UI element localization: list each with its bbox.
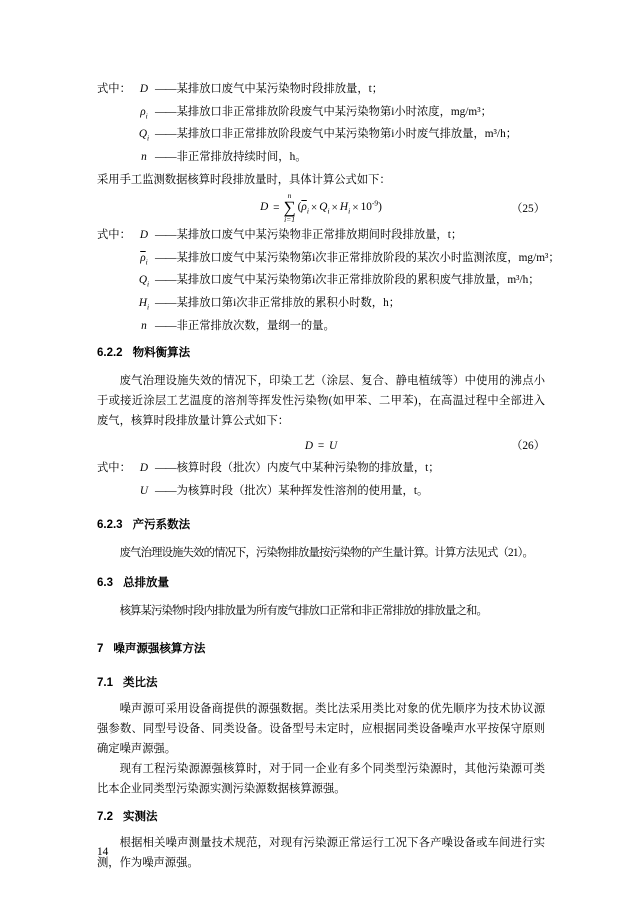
definition-dash: —— [155,459,176,478]
formula-26: D = U （26） [97,435,545,457]
summation-symbol: n∑i=1 [283,192,295,223]
variable-description: 某排放口废气中某污染物时段排放量，t； [177,80,545,99]
variable-description: 某排放口非正常排放阶段废气中某污染物第i小时废气排放量，m³/h； [177,125,545,144]
body-paragraph: 采用手工监测数据核算时段排放量时，具体计算公式如下： [97,171,545,190]
definition-row: n —— 非正常排放次数，量纲一的量。 [97,317,545,340]
page-content: 式中： D —— 某排放口废气中某污染物时段排放量，t； ρi —— 某排放口非… [97,80,545,873]
formula-number: （25） [511,200,545,216]
definition-row: Qi —— 某排放口废气中某污染物第i次非正常排放阶段的累积废气排放量，m³/h… [97,271,545,294]
variable-symbol: D [133,226,155,249]
section-heading-71: 7.1类比法 [97,675,545,691]
variable-symbol: n [133,317,155,340]
section-heading-622: 6.2.2物料衡算法 [97,345,545,361]
definition-row: 式中： D —— 某排放口废气中某污染物时段排放量，t； [97,80,545,103]
where-label: 式中： [97,459,133,478]
variable-symbol: ρi [133,103,155,126]
definition-dash: —— [155,271,176,290]
definition-dash: —— [155,125,176,144]
formula-number: （26） [511,435,545,457]
formula-25: D =n∑i=1(ρi×Qi×Hi×10-9) （25） [97,190,545,226]
definition-row: ρi —— 某排放口废气中某污染物第i次非正常排放阶段的某次小时监测浓度，mg/… [97,249,545,272]
variable-description: 某排放口废气中某污染物第i次非正常排放阶段的累积废气排放量，m³/h； [177,271,545,290]
where-block-c: 式中： D —— 核算时段（批次）内废气中某种污染物的排放量，t； U —— 为… [97,459,545,504]
definition-row: U —— 为核算时段（批次）某种挥发性溶剂的使用量，t。 [97,482,545,505]
variable-description: 非正常排放次数，量纲一的量。 [177,317,545,336]
variable-description: 非正常排放持续时间，h。 [177,148,545,167]
definition-row: 式中： D —— 某排放口废气中某污染物非正常排放期间时段排放量，t； [97,226,545,249]
definition-dash: —— [155,80,176,99]
section-heading-7: 7噪声源强核算方法 [97,641,545,657]
section-heading-623: 6.2.3产污系数法 [97,517,545,533]
body-paragraph: 噪声源可采用设备商提供的源强数据。类比法采用类比对象的优先顺序为技术协议源强参数… [97,699,545,759]
definition-dash: —— [155,249,176,268]
definition-row: 式中： D —— 核算时段（批次）内废气中某种污染物的排放量，t； [97,459,545,482]
variable-description: 某排放口第i次非正常排放的累积小时数，h； [177,294,545,313]
body-paragraph: 废气治理设施失效的情况下，印染工艺（涂层、复合、静电植绒等）中使用的沸点小于或接… [97,371,545,431]
definition-row: ρi —— 某排放口非正常排放阶段废气中某污染物第i小时浓度，mg/m³； [97,103,545,126]
variable-description: 某排放口废气中某污染物第i次非正常排放阶段的某次小时监测浓度，mg/m³； [177,249,560,268]
section-heading-72: 7.2实测法 [97,809,545,825]
body-paragraph: 核算某污染物时段内排放量为所有废气排放口正常和非正常排放的排放量之和。 [97,601,545,621]
variable-description: 核算时段（批次）内废气中某种污染物的排放量，t； [177,459,545,478]
definition-row: n —— 非正常排放持续时间，h。 [97,148,545,171]
variable-description: 某排放口废气中某污染物非正常排放期间时段排放量，t； [177,226,545,245]
variable-symbol: D [133,80,155,103]
equation: D =n∑i=1(ρi×Qi×Hi×10-9) [260,192,382,223]
variable-symbol: Hi [133,294,155,317]
variable-description: 为核算时段（批次）某种挥发性溶剂的使用量，t。 [177,482,545,501]
variable-symbol: ρi [133,249,155,272]
where-label: 式中： [97,226,133,245]
variable-symbol: Qi [133,271,155,294]
page-number: 14 [97,846,108,858]
document-page: 式中： D —— 某排放口废气中某污染物时段排放量，t； ρi —— 某排放口非… [0,0,640,905]
variable-symbol: n [133,148,155,171]
where-label: 式中： [97,80,133,99]
variable-description: 某排放口非正常排放阶段废气中某污染物第i小时浓度，mg/m³； [177,103,545,122]
section-heading-63: 6.3总排放量 [97,575,545,591]
variable-symbol: D [133,459,155,482]
definition-row: Qi —— 某排放口非正常排放阶段废气中某污染物第i小时废气排放量，m³/h； [97,125,545,148]
variable-symbol: U [133,482,155,505]
equation: D = U [305,440,337,452]
definition-dash: —— [155,148,176,167]
where-block-b: 式中： D —— 某排放口废气中某污染物非正常排放期间时段排放量，t； ρi —… [97,226,545,339]
definition-dash: —— [155,482,176,501]
definition-dash: —— [155,103,176,122]
body-paragraph: 现有工程污染源源强核算时，对于同一企业有多个同类型污染源时，其他污染源可类比本企… [97,759,545,799]
definition-dash: —— [155,317,176,336]
variable-symbol: Qi [133,125,155,148]
body-paragraph: 根据相关噪声测量技术规范，对现有污染源正常运行工况下各产噪设备或车间进行实测，作… [97,833,545,873]
definition-row: Hi —— 某排放口第i次非正常排放的累积小时数，h； [97,294,545,317]
where-block-a: 式中： D —— 某排放口废气中某污染物时段排放量，t； ρi —— 某排放口非… [97,80,545,171]
definition-dash: —— [155,226,176,245]
body-paragraph: 废气治理设施失效的情况下，污染物排放量按污染物的产生量计算。计算方法见式（21）… [97,543,545,563]
definition-dash: —— [155,294,176,313]
